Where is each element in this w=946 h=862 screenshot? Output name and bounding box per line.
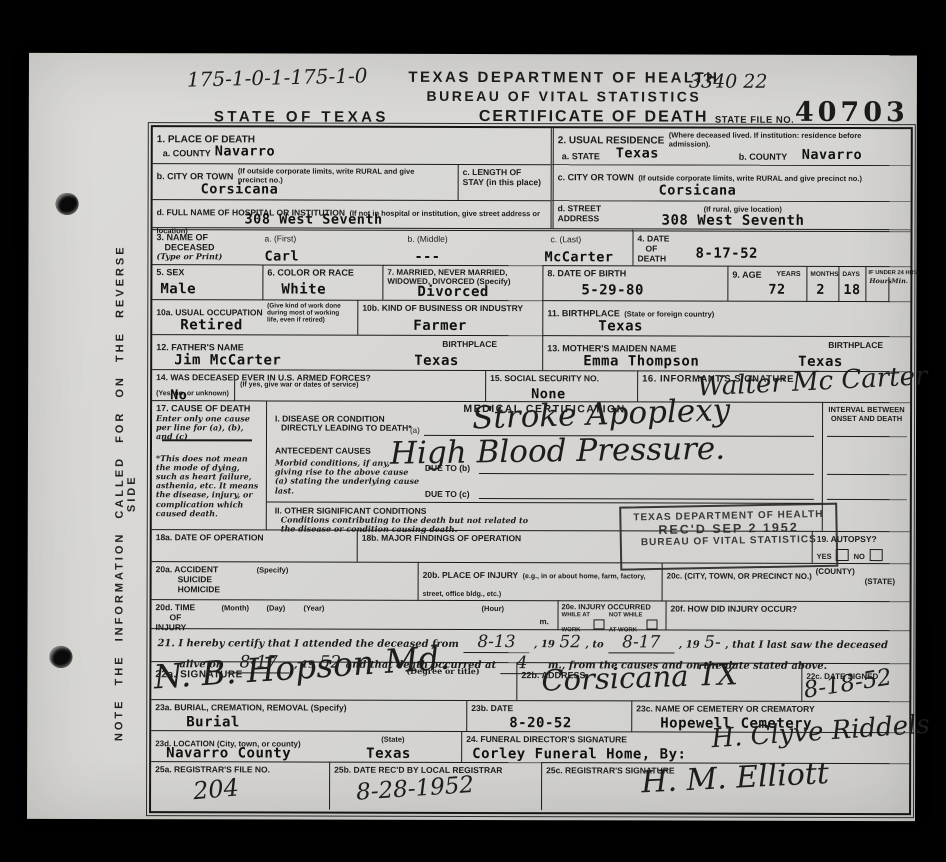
field-armed-forces: 14. WAS DECEASED EVER IN U.S. ARMED FORC… — [152, 369, 485, 401]
certify-hand-year1: 52 — [559, 632, 581, 652]
injury-day-label: (Day) — [267, 603, 286, 612]
physician-address-label: 22b. ADDRESS — [521, 670, 585, 680]
city-value: Corsicana — [201, 181, 279, 197]
field-name-of-deceased: 3. NAME OF DECEASED (Type or Print) a. (… — [152, 227, 632, 265]
field-sex: 5. SEX Male — [152, 264, 262, 299]
interval-label2: ONSET AND DEATH — [825, 414, 908, 423]
street-value: 308 West Seventh — [662, 212, 805, 228]
ssn-value: None — [531, 386, 566, 402]
father-name-value: Jim McCarter — [174, 352, 281, 368]
middle-name-value: --- — [414, 249, 440, 265]
injury-place-label: 20b. PLACE OF INJURY — [423, 570, 519, 580]
hospital-value: 308 West Seventh — [245, 211, 383, 227]
residence-city-value: Corsicana — [659, 182, 737, 198]
while-at-work-label1: WHILE AT — [562, 612, 590, 618]
father-birthplace-value: Texas — [414, 353, 459, 369]
state-file-no-label: STATE FILE NO. — [715, 115, 795, 126]
field-date-of-birth: 8. DATE OF BIRTH 5-29-80 — [542, 265, 727, 300]
burial-label: 23a. BURIAL, CREMATION, REMOVAL (Specify… — [155, 702, 462, 713]
while-at-work-checkbox — [594, 619, 605, 629]
injury-kind-paren: (Specify) — [257, 565, 289, 574]
field-hospital: d. FULL NAME OF HOSPITAL OR INSTITUTION … — [153, 199, 551, 228]
armed-forces-divider — [234, 380, 235, 401]
line-c-underline — [479, 498, 814, 500]
punch-hole-top — [56, 193, 79, 215]
age-months-value: 2 — [816, 282, 825, 298]
header-state-of-texas: STATE OF TEXAS — [214, 108, 389, 125]
first-name-label: a. (First) — [265, 233, 297, 243]
field-residence-city: c. CITY OR TOWN (If outside corporate li… — [551, 164, 911, 201]
injury-month-label: (Month) — [222, 603, 250, 612]
stay-label: c. LENGTH OF — [463, 167, 547, 177]
armed-forces-paren2: (If yes, give war or dates of service) — [240, 381, 358, 388]
location-state-paren: (State) — [381, 735, 404, 744]
field-informant: 16. INFORMANT'S SIGNATURE — [637, 370, 910, 402]
age-years-label: YEARS — [776, 271, 800, 278]
certify-text-2: , 19 — [534, 639, 555, 650]
antecedent-label: ANTECEDENT CAUSES — [275, 445, 371, 455]
age-days-value: 18 — [843, 282, 860, 298]
field-registrar-date: 25b. DATE REC'D BY LOCAL REGISTRAR — [329, 762, 541, 811]
cause-note2: *This does not mean the mode of dying, s… — [156, 454, 262, 519]
field-burial-date: 23b. DATE 8-20-52 — [466, 700, 631, 731]
interval-line-c — [827, 499, 907, 500]
dob-value: 5-29-80 — [581, 282, 644, 298]
autopsy-no-label: NO — [854, 552, 865, 561]
age-divider-3 — [865, 267, 866, 302]
field-physician-address: 22b. ADDRESS — [516, 662, 801, 701]
race-value: White — [281, 282, 326, 298]
dob-label: 8. DATE OF BIRTH — [547, 268, 723, 278]
field-registrar-signature: 25c. REGISTRAR'S SIGNATURE — [541, 762, 909, 811]
due-to-c-label: DUE TO (c) — [425, 489, 470, 499]
industry-value: Farmer — [413, 318, 467, 334]
industry-label: 10b. KIND OF BUSINESS OR INDUSTRY — [362, 303, 538, 313]
field-certify-statement: 21. I hereby certify that I attended the… — [151, 628, 909, 663]
sex-value: Male — [160, 281, 196, 297]
interval-label1: INTERVAL BETWEEN — [825, 405, 908, 414]
date-of-death-label2: OF — [637, 243, 906, 254]
marital-value: Divorced — [417, 284, 488, 300]
date-of-death-label: 4. DATE — [638, 233, 907, 244]
field-date-of-death: 4. DATE OF DEATH 8-17-52 — [632, 228, 910, 266]
father-birthplace-label: BIRTHPLACE — [442, 339, 497, 349]
handwritten-code: 175-1-0-1-175-1-0 — [187, 63, 368, 91]
not-while-at-work-checkbox — [646, 619, 657, 629]
injury-kind-label2: SUICIDE — [156, 574, 414, 585]
occupation-value: Retired — [180, 317, 243, 333]
armed-forces-paren1: (Yes, no, or unknown) — [156, 390, 229, 397]
race-label: 6. COLOR OR RACE — [267, 267, 378, 277]
funeral-director-value: Corley Funeral Home, By: — [472, 746, 686, 763]
field-physician-signature: 22a. SIGNATURE (Degree or title) — [151, 661, 516, 700]
residence-city-label: c. CITY OR TOWN — [558, 172, 634, 182]
header-bureau: BUREAU OF VITAL STATISTICS — [384, 88, 744, 105]
operation-date-label: 18a. DATE OF OPERATION — [156, 532, 353, 543]
age-months-label: MONTHS — [810, 271, 838, 278]
field-length-of-stay: c. LENGTH OF STAY (in this place) — [458, 164, 551, 200]
injury-city-label: 20c. (CITY, TOWN, OR PRECINCT NO.) — [667, 572, 812, 581]
certificate-form: 1. PLACE OF DEATH a. COUNTY Navarro b. C… — [149, 125, 913, 815]
interval-line-a — [827, 436, 907, 437]
date-of-death-label3: DEATH — [637, 253, 906, 264]
field-color-or-race: 6. COLOR OR RACE White — [262, 264, 382, 299]
age-label: 9. AGE — [732, 270, 761, 280]
field-accident-suicide-homicide: 20a. ACCIDENT SUICIDE HOMICIDE (Specify) — [152, 561, 418, 600]
birthplace-paren: (State or foreign country) — [624, 309, 714, 318]
certify-hand-from: 8-13 — [463, 632, 529, 653]
field-ssn: 15. SOCIAL SECURITY NO. None — [485, 370, 637, 401]
state-file-number: 40703 — [795, 97, 909, 128]
cause-note-divider — [162, 439, 252, 441]
field-funeral-director: 24. FUNERAL DIRECTOR'S SIGNATURE Corley … — [461, 731, 909, 763]
age-min-label: Min. — [891, 278, 908, 286]
stay-label2: STAY (in this place) — [463, 177, 547, 187]
residence-county-label: b. COUNTY — [739, 152, 788, 162]
field-father: 12. FATHER'S NAME BIRTHPLACE Jim McCarte… — [152, 334, 542, 370]
injury-county-label: (COUNTY) — [816, 567, 855, 576]
field-how-injury-occurred: 20f. HOW DID INJURY OCCUR? — [665, 601, 909, 631]
mother-birthplace-value: Texas — [798, 354, 843, 370]
certify-hand-year2: 5- — [704, 633, 721, 653]
field-occupation: 10a. USUAL OCCUPATION (Give kind of work… — [152, 299, 357, 335]
line-b-underline — [479, 473, 814, 475]
burial-date-value: 8-20-52 — [509, 715, 572, 731]
residence-state-value: Texas — [616, 145, 659, 161]
field-injury-occurred: 20e. INJURY OCCURRED WHILE AT WORK NOT W… — [557, 600, 665, 629]
cemetery-value: Hopewell Cemetery — [660, 715, 812, 731]
certify-text-5: , that I last saw the deceased — [725, 640, 888, 651]
occupation-paren: (Give kind of work done during most of w… — [267, 302, 352, 323]
last-name-value: McCarter — [544, 249, 613, 265]
physician-signature-label: 22a. SIGNATURE — [155, 669, 242, 680]
age-divider-4 — [888, 277, 889, 302]
field-marital-status: 7. MARRIED, NEVER MARRIED, WIDOWED, DIVO… — [382, 265, 542, 300]
disease-label2: DIRECTLY LEADING TO DEATH* — [281, 423, 412, 433]
mother-label: 13. MOTHER'S MAIDEN NAME — [547, 343, 676, 353]
injury-state-label: (STATE) — [865, 577, 895, 586]
birthplace-value: Texas — [598, 318, 643, 334]
injury-year-label: (Year) — [304, 604, 325, 613]
received-stamp: TEXAS DEPARTMENT OF HEALTH REC'D SEP 2 1… — [619, 503, 838, 571]
certify-text-3: , to — [585, 639, 603, 650]
header-certificate-title: CERTIFICATE OF DEATH — [479, 108, 709, 127]
how-injury-label: 20f. HOW DID INJURY OCCUR? — [671, 604, 906, 615]
field-date-signed: 22c. DATE SIGNED — [801, 663, 909, 701]
interval-line-b — [827, 474, 907, 475]
cause-note1: Enter only one cause per line for (a), (… — [156, 414, 262, 442]
age-under24-label: IF UNDER 24 HRS. — [868, 270, 919, 276]
field-registrar-file-no: 25a. REGISTRAR'S FILE NO. — [151, 761, 329, 809]
first-name-value: Carl — [264, 248, 299, 264]
age-divider-2 — [838, 267, 839, 302]
certify-hand-to: 8-17 — [608, 632, 674, 653]
certify-text-1: 21. I hereby certify that I attended the… — [157, 638, 458, 650]
field-age: 9. AGE YEARS 72 MONTHS 2 DAYS 18 IF UNDE… — [727, 266, 910, 301]
residence-state-label: a. STATE — [562, 151, 600, 161]
field-date-of-operation: 18a. DATE OF OPERATION — [152, 529, 357, 562]
cause-label: 17. CAUSE OF DEATH — [156, 403, 262, 413]
not-while-at-work-label1: NOT WHILE — [609, 612, 643, 618]
scanned-death-certificate: NOTE THE INFORMATION CALLED FOR ON THE R… — [0, 0, 946, 862]
field-cause-of-death-notes: 17. CAUSE OF DEATH Enter only one cause … — [152, 400, 267, 529]
field-burial: 23a. BURIAL, CREMATION, REMOVAL (Specify… — [151, 699, 466, 731]
field-industry: 10b. KIND OF BUSINESS OR INDUSTRY Farmer — [357, 300, 542, 335]
county-label: a. COUNTY — [163, 148, 211, 158]
location-value: Navarro County — [166, 745, 291, 761]
age-divider-1 — [806, 267, 807, 302]
morbid-note: Morbid conditions, if any, giving rise t… — [275, 458, 420, 495]
registrar-signature-label: 25c. REGISTRAR'S SIGNATURE — [546, 765, 905, 776]
county-value: Navarro — [215, 143, 275, 159]
field-place-of-death: 1. PLACE OF DEATH a. COUNTY Navarro — [153, 127, 551, 164]
certify-text-4: , 19 — [679, 640, 700, 651]
field-birthplace: 11. BIRTHPLACE (State or foreign country… — [542, 300, 910, 336]
field-time-of-injury: 20d. TIME OF INJURY (Month) (Day) (Year)… — [151, 599, 557, 629]
funeral-director-label: 24. FUNERAL DIRECTOR'S SIGNATURE — [466, 734, 905, 745]
occupation-label: 10a. USUAL OCCUPATION — [156, 307, 262, 317]
autopsy-no-checkbox — [869, 549, 882, 561]
field-street-address: d. STREET ADDRESS (If rural, give locati… — [551, 200, 911, 229]
disease-a-label: (a) — [410, 426, 420, 435]
ssn-label: 15. SOCIAL SECURITY NO. — [490, 373, 633, 383]
certificate-paper: NOTE THE INFORMATION CALLED FOR ON THE R… — [27, 53, 917, 821]
birthplace-label: 11. BIRTHPLACE — [547, 308, 620, 318]
location-state-value: Texas — [366, 746, 411, 762]
father-label: 12. FATHER'S NAME — [156, 342, 244, 352]
sex-label: 5. SEX — [156, 267, 258, 277]
middle-name-label: b. (Middle) — [408, 234, 448, 244]
street-label: d. STREET ADDRESS — [558, 203, 628, 223]
registrar-date-label: 25b. DATE REC'D BY LOCAL REGISTRAR — [334, 765, 537, 776]
date-signed-label: 22c. DATE SIGNED — [806, 672, 878, 681]
margin-note: NOTE THE INFORMATION CALLED FOR ON THE R… — [113, 223, 136, 763]
age-days-label: DAYS — [842, 271, 859, 278]
degree-or-title-label: (Degree or title) — [406, 666, 479, 676]
age-years-value: 72 — [768, 282, 785, 298]
field-mother: 13. MOTHER'S MAIDEN NAME BIRTHPLACE Emma… — [542, 335, 910, 371]
mother-birthplace-label: BIRTHPLACE — [828, 340, 883, 350]
informant-label: 16. INFORMANT'S SIGNATURE — [642, 373, 906, 385]
line-a-underline — [424, 435, 814, 437]
city-label: b. CITY OR TOWN — [157, 171, 234, 181]
registrar-file-label: 25a. REGISTRAR'S FILE NO. — [155, 764, 325, 774]
punch-hole-bottom — [49, 646, 72, 668]
field-usual-residence: 2. USUAL RESIDENCE (Where deceased lived… — [551, 128, 911, 165]
field-burial-location: 23d. LOCATION (City, town, or county) (S… — [151, 730, 461, 762]
residence-county-value: Navarro — [802, 147, 862, 163]
date-of-death-value: 8-17-52 — [695, 246, 758, 262]
mother-name-value: Emma Thompson — [583, 353, 699, 369]
injury-kind-label3: HOMICIDE — [156, 584, 414, 595]
due-to-b-label: DUE TO (b) — [425, 463, 470, 473]
injury-hour-label: (Hour) — [482, 604, 505, 613]
field-city-of-death: b. CITY OR TOWN (If outside corporate li… — [153, 163, 458, 200]
injury-m-label: m. — [540, 617, 549, 626]
header-department: TEXAS DEPARTMENT OF HEALTH — [384, 69, 744, 87]
marital-label1: 7. MARRIED, NEVER MARRIED, — [387, 268, 538, 277]
burial-date-label: 23b. DATE — [471, 703, 627, 713]
burial-value: Burial — [186, 714, 240, 730]
last-name-label: c. (Last) — [551, 234, 582, 244]
injury-occurred-label: 20e. INJURY OCCURRED — [562, 602, 663, 611]
cemetery-label: 23c. NAME OF CEMETERY OR CREMATORY — [636, 703, 905, 714]
field-cemetery: 23c. NAME OF CEMETERY OR CREMATORY Hopew… — [631, 700, 909, 732]
